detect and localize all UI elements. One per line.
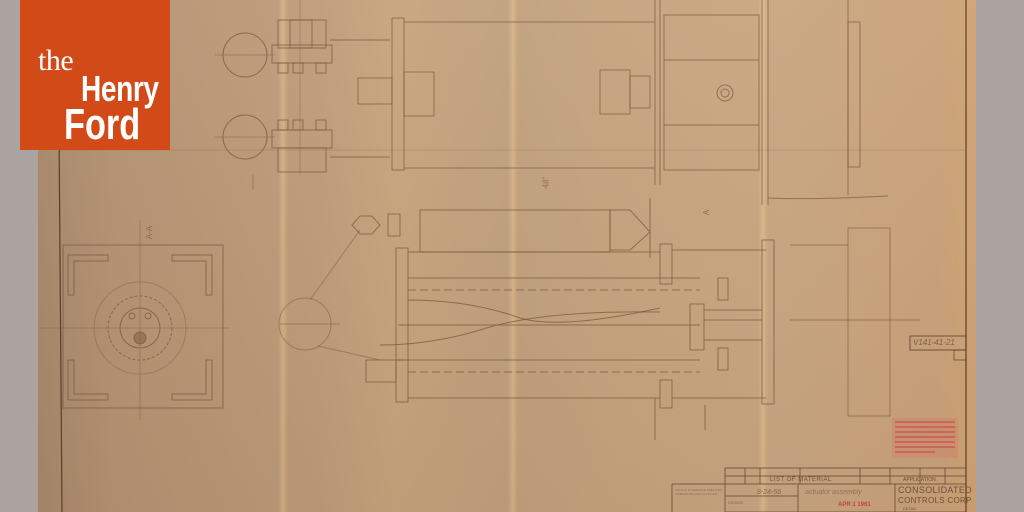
drawing-number: V141-41-21 [913, 338, 955, 347]
clamp-view-upper [215, 20, 390, 77]
pivot-linkage [279, 230, 380, 360]
cylinder-top-view [358, 0, 660, 185]
application-label: APPLICATION [903, 477, 936, 483]
dimension-label: 48" [541, 177, 550, 189]
list-of-material-label: LIST OF MATERIAL [770, 477, 832, 483]
date-stamp: APR 1 1961 [838, 502, 871, 508]
section-view-square [40, 220, 230, 420]
henry-ford-logo[interactable]: the Henry Ford [20, 0, 170, 150]
drawn-label: DRAWN [728, 500, 743, 505]
company-name-line2: CONTROLS CORP [898, 496, 972, 505]
handwritten-title: actuator assembly [805, 489, 862, 496]
end-plate-view [664, 0, 888, 205]
cylinder-section-view [352, 198, 774, 440]
section-marker: A [702, 210, 711, 215]
clamp-view-lower [215, 115, 390, 172]
tolerance-note: UNLESS OTHERWISE SPECIFIED DIMENSIONS AR… [675, 488, 725, 496]
side-plate-view [790, 228, 920, 416]
handwritten-date: 8-24-56 [757, 489, 781, 496]
section-label: A-A [145, 226, 154, 239]
company-name-line1: CONSOLIDATED [898, 485, 972, 495]
logo-ford: Ford [64, 103, 140, 147]
proprietary-stamp [892, 418, 958, 458]
detail-label: DETAIL [903, 506, 917, 511]
logo-the: the [38, 44, 73, 78]
